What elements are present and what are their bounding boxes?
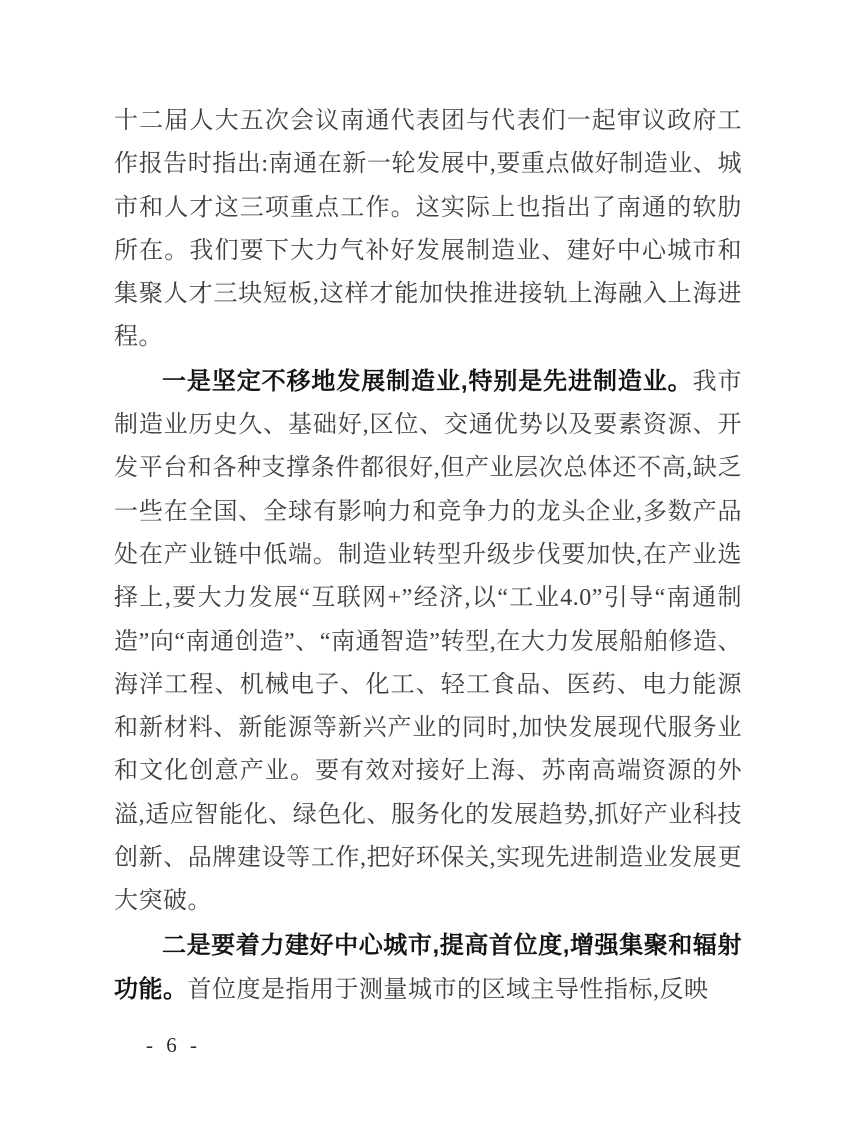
text-block: 十二届人大五次会议南通代表团与代表们一起审议政府工作报告时指出:南通在新一轮发展… [114,100,742,1012]
paragraph: 二是要着力建好中心城市,提高首位度,增强集聚和辐射功能。首位度是指用于测量城市的… [114,924,742,1013]
paragraph: 十二届人大五次会议南通代表团与代表们一起审议政府工作报告时指出:南通在新一轮发展… [114,100,742,360]
paragraph-text: 我市制造业历史久、基础好,区位、交通优势以及要素资源、开发平台和各种支撑条件都很… [114,369,742,915]
paragraph-text: 十二届人大五次会议南通代表团与代表们一起审议政府工作报告时指出:南通在新一轮发展… [114,108,742,350]
document-page: 十二届人大五次会议南通代表团与代表们一起审议政府工作报告时指出:南通在新一轮发展… [0,0,850,1146]
paragraph-heading: 一是坚定不移地发展制造业,特别是先进制造业。 [162,368,693,395]
page-number: - 6 - [146,1033,201,1058]
paragraph: 一是坚定不移地发展制造业,特别是先进制造业。我市制造业历史久、基础好,区位、交通… [114,360,742,924]
paragraph-text: 首位度是指用于测量城市的区域主导性指标,反映 [188,977,709,1003]
